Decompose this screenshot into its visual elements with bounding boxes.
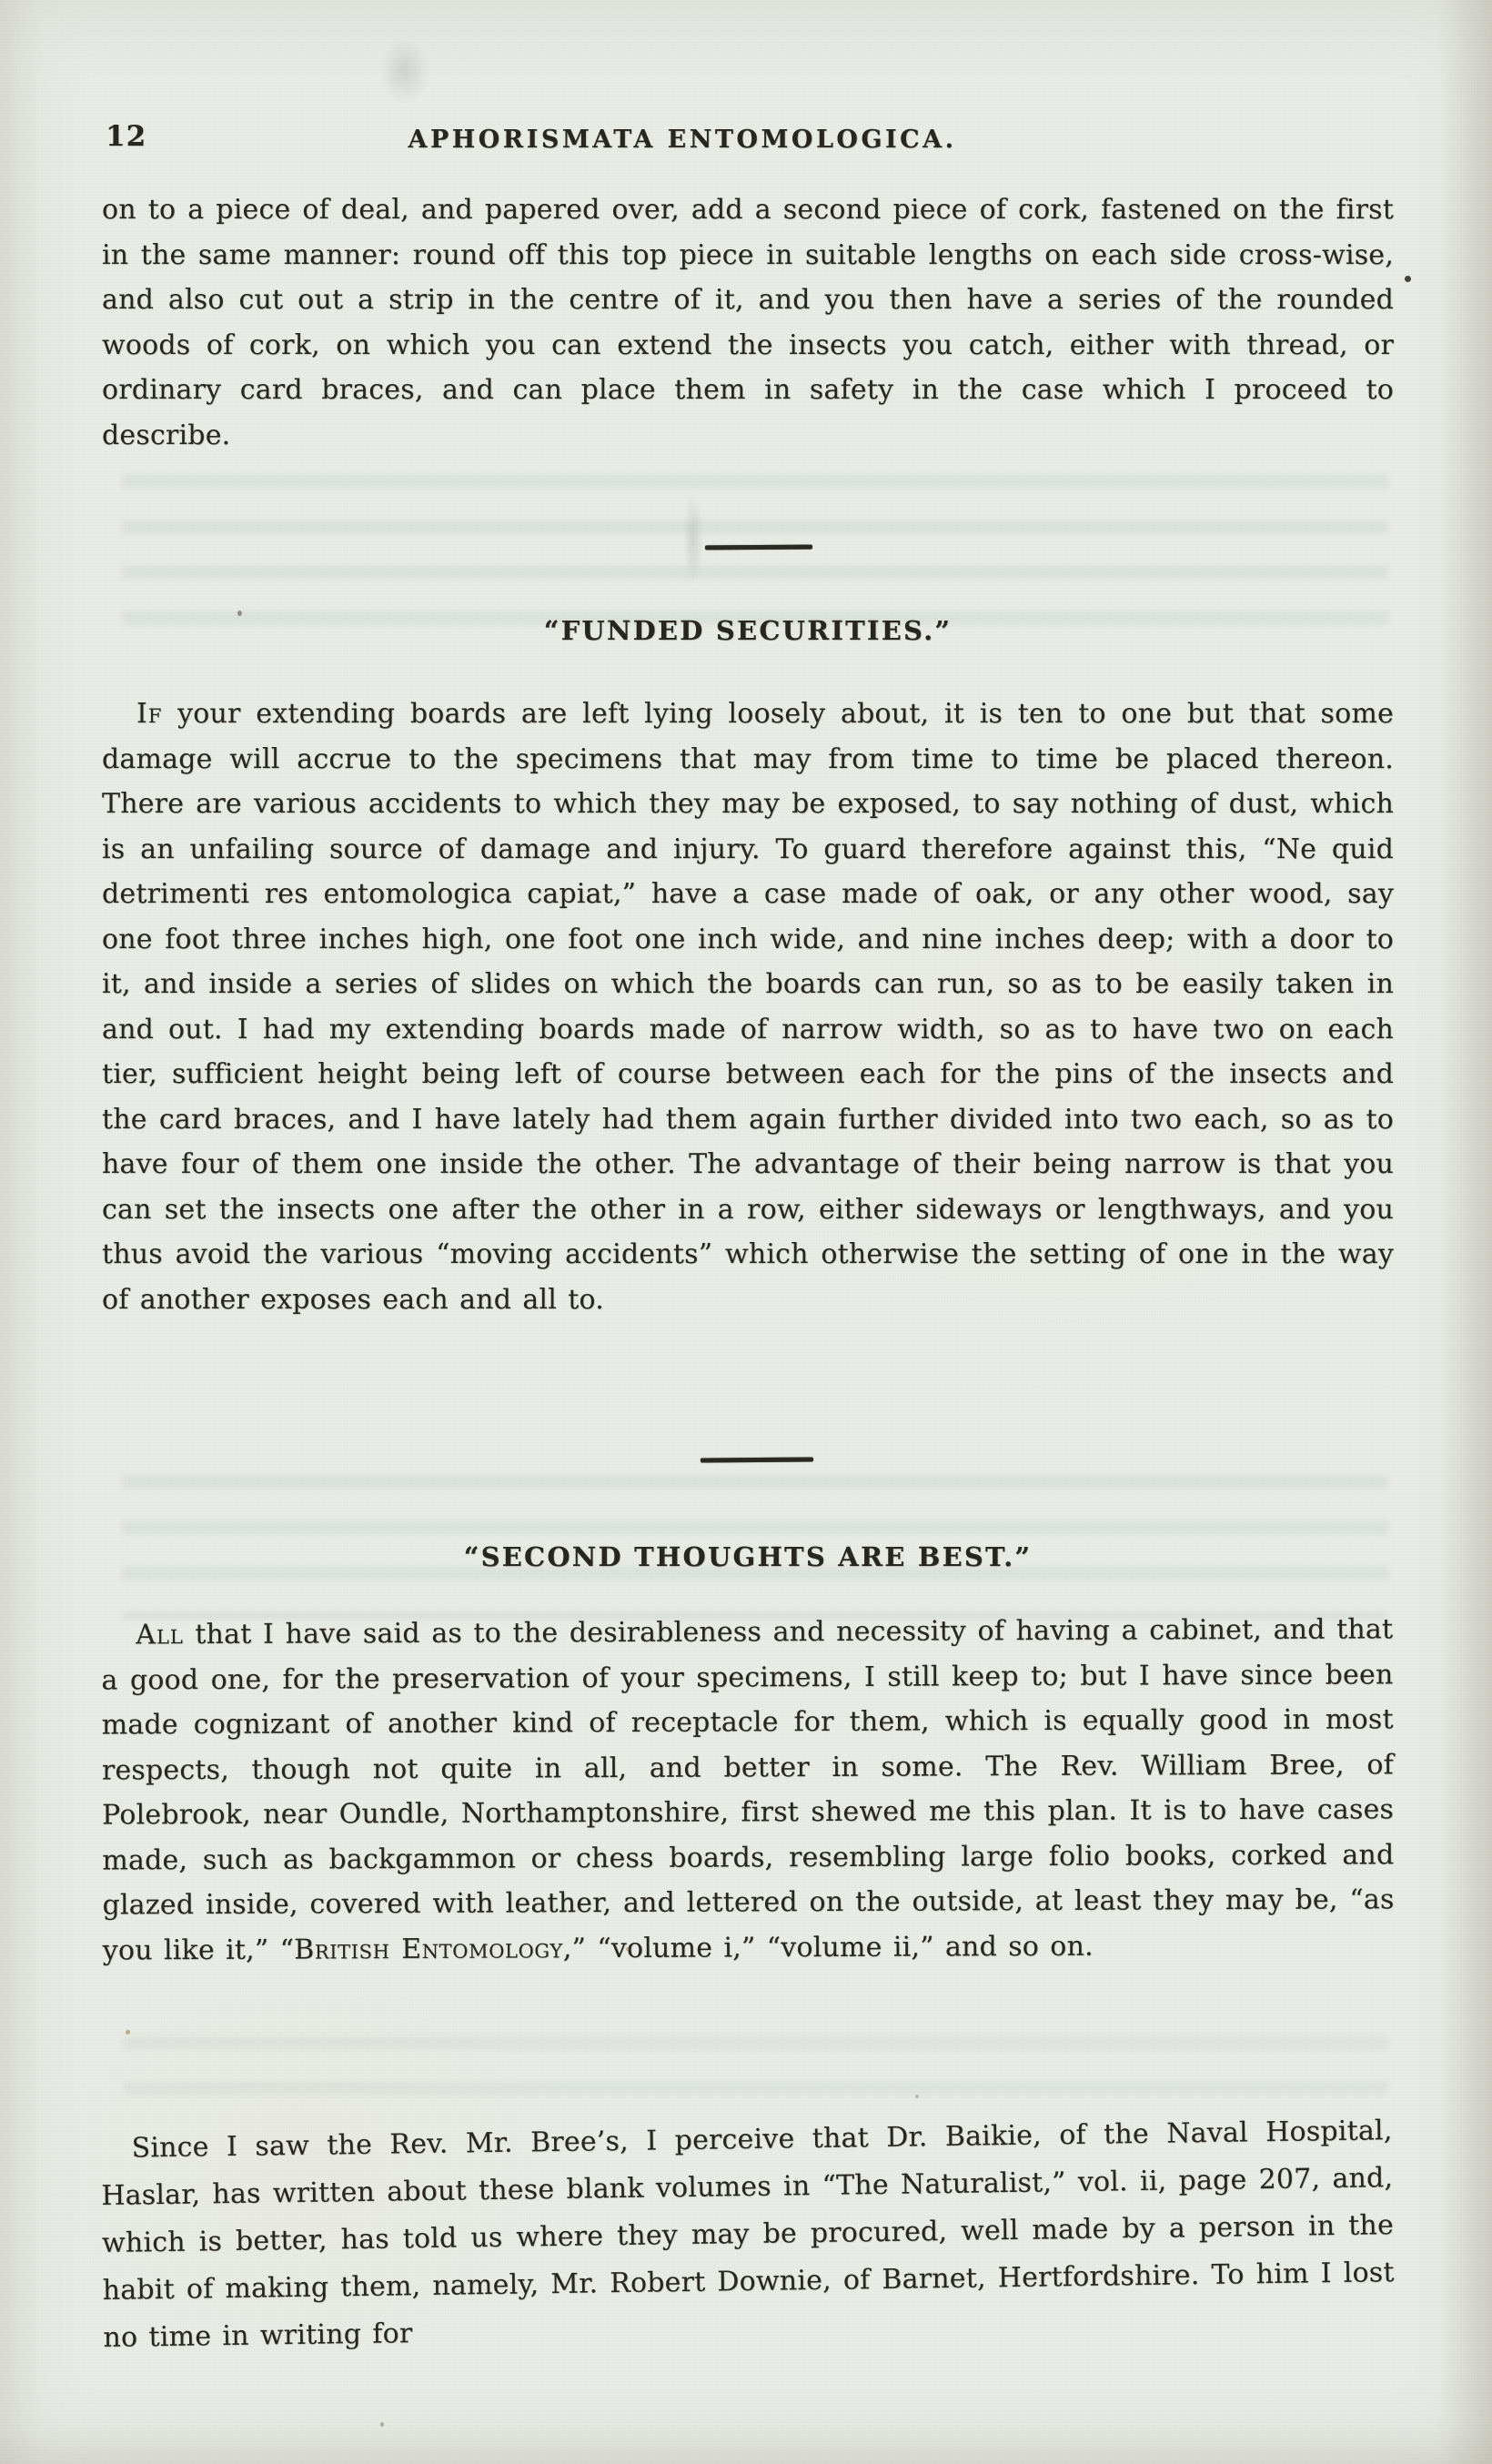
paragraph-text: on to a piece of deal, and papered over,… bbox=[102, 194, 1394, 451]
paragraph-text: Since I saw the Rev. Mr. Bree’s, I perce… bbox=[101, 2115, 1395, 2354]
paragraph: If your extending boards are left lying … bbox=[102, 692, 1394, 1322]
paper-speck-artifact bbox=[915, 2095, 919, 2098]
paragraph-continuation: on to a piece of deal, and papered over,… bbox=[102, 187, 1394, 458]
paper-speck-artifact bbox=[626, 1947, 630, 1951]
paper-speck-artifact bbox=[237, 611, 242, 616]
paragraph: Since I saw the Rev. Mr. Bree’s, I perce… bbox=[100, 2107, 1395, 2362]
paragraph: All that I have said as to the desirable… bbox=[101, 1607, 1395, 1973]
paragraph-text: your extending boards are left lying loo… bbox=[102, 698, 1394, 1316]
book-title-smallcaps: British Entomology bbox=[294, 1933, 563, 1965]
paragraph-text: that I have said as to the desirableness… bbox=[101, 1613, 1394, 1966]
section-heading-second-thoughts: “SECOND THOUGHTS ARE BEST.” bbox=[102, 1541, 1394, 1572]
book-page-scan: 12 APHORISMATA ENTOMOLOGICA. on to a pie… bbox=[0, 0, 1492, 2464]
section-heading-funded-securities: “FUNDED SECURITIES.” bbox=[102, 615, 1394, 646]
paragraph-lead-word: All bbox=[136, 1619, 184, 1651]
paper-speck-artifact bbox=[380, 2422, 384, 2427]
paragraph-text: ,” “volume i,” “volume ii,” and so on. bbox=[563, 1930, 1094, 1964]
running-title: APHORISMATA ENTOMOLOGICA. bbox=[0, 126, 1365, 154]
show-through-artifact bbox=[123, 475, 1387, 628]
section-divider bbox=[705, 545, 812, 550]
paragraph-lead-word: If bbox=[136, 698, 162, 730]
paper-speck-artifact bbox=[126, 2030, 130, 2035]
ink-spot-artifact bbox=[1405, 276, 1411, 282]
section-divider bbox=[701, 1457, 813, 1462]
